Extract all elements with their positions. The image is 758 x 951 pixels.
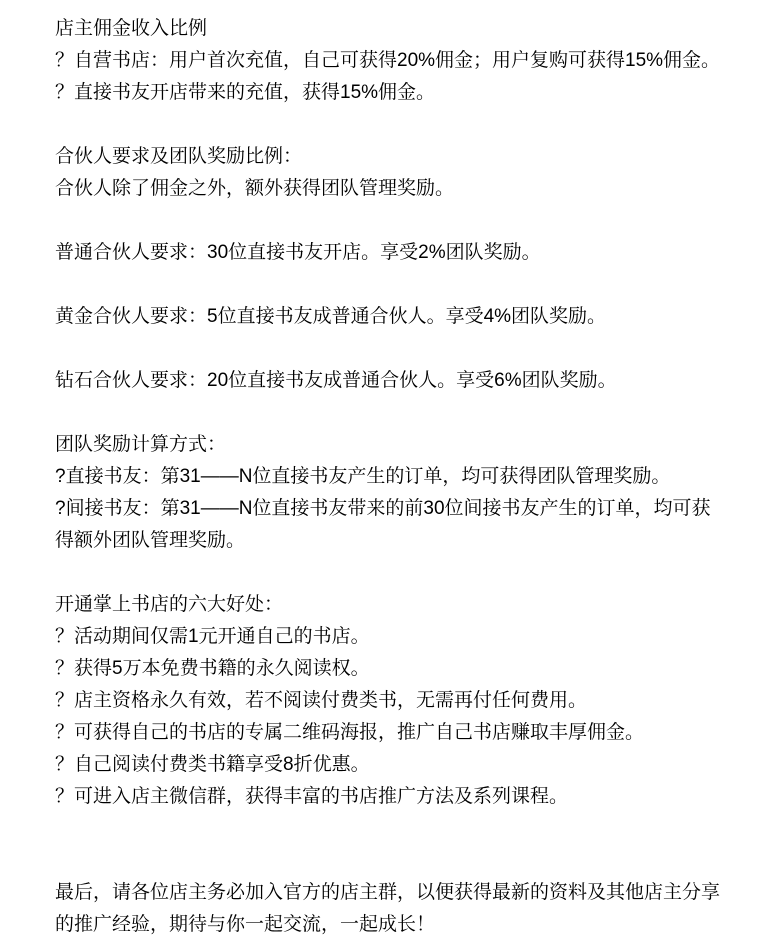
paragraph-six-benefits: 开通掌上书店的六大好处： ？活动期间仅需1元开通自己的书店。 ？获得5万本免费书… [55, 589, 738, 813]
text-line: ？获得5万本免费书籍的永久阅读权。 [55, 653, 738, 685]
section-title: 合伙人要求及团队奖励比例： [55, 141, 738, 173]
paragraph-partner-requirements: 合伙人要求及团队奖励比例： 合伙人除了佣金之外，额外获得团队管理奖励。 [55, 141, 738, 205]
text-line: 合伙人除了佣金之外，额外获得团队管理奖励。 [55, 173, 738, 205]
paragraph-gold-partner: 黄金合伙人要求：5位直接书友成普通合伙人。享受4%团队奖励。 [55, 301, 738, 333]
text-line: ？活动期间仅需1元开通自己的书店。 [55, 621, 738, 653]
paragraph-closing: 最后，请各位店主务必加入官方的店主群，以便获得最新的资料及其他店主分享 的推广经… [55, 877, 738, 941]
paragraph-team-reward-calculation: 团队奖励计算方式： ?直接书友：第31——N位直接书友产生的订单，均可获得团队管… [55, 429, 738, 557]
text-line: 普通合伙人要求：30位直接书友开店。享受2%团队奖励。 [55, 237, 738, 269]
text-line: ?直接书友：第31——N位直接书友产生的订单，均可获得团队管理奖励。 [55, 461, 738, 493]
text-line: ?间接书友：第31——N位直接书友带来的前30位间接书友产生的订单，均可获 [55, 493, 738, 525]
text-line: ？可进入店主微信群，获得丰富的书店推广方法及系列课程。 [55, 781, 738, 813]
text-line: ？店主资格永久有效，若不阅读付费类书，无需再付任何费用。 [55, 685, 738, 717]
paragraph-ordinary-partner: 普通合伙人要求：30位直接书友开店。享受2%团队奖励。 [55, 237, 738, 269]
text-line: ？可获得自己的书店的专属二维码海报，推广自己书店赚取丰厚佣金。 [55, 717, 738, 749]
text-line: ？自营书店：用户首次充值，自己可获得20%佣金；用户复购可获得15%佣金。 [55, 45, 738, 77]
paragraph-owner-commission: 店主佣金收入比例 ？自营书店：用户首次充值，自己可获得20%佣金；用户复购可获得… [55, 13, 738, 109]
text-line: 的推广经验，期待与你一起交流，一起成长！ [55, 909, 738, 941]
text-line: ？直接书友开店带来的充值，获得15%佣金。 [55, 77, 738, 109]
text-line: 黄金合伙人要求：5位直接书友成普通合伙人。享受4%团队奖励。 [55, 301, 738, 333]
section-title: 开通掌上书店的六大好处： [55, 589, 738, 621]
text-line: 得额外团队管理奖励。 [55, 525, 738, 557]
document-page: 店主佣金收入比例 ？自营书店：用户首次充值，自己可获得20%佣金；用户复购可获得… [0, 0, 758, 941]
paragraph-diamond-partner: 钻石合伙人要求：20位直接书友成普通合伙人。享受6%团队奖励。 [55, 365, 738, 397]
section-title: 店主佣金收入比例 [55, 13, 738, 45]
text-line: 钻石合伙人要求：20位直接书友成普通合伙人。享受6%团队奖励。 [55, 365, 738, 397]
section-title: 团队奖励计算方式： [55, 429, 738, 461]
text-line: 最后，请各位店主务必加入官方的店主群，以便获得最新的资料及其他店主分享 [55, 877, 738, 909]
text-line: ？自己阅读付费类书籍享受8折优惠。 [55, 749, 738, 781]
